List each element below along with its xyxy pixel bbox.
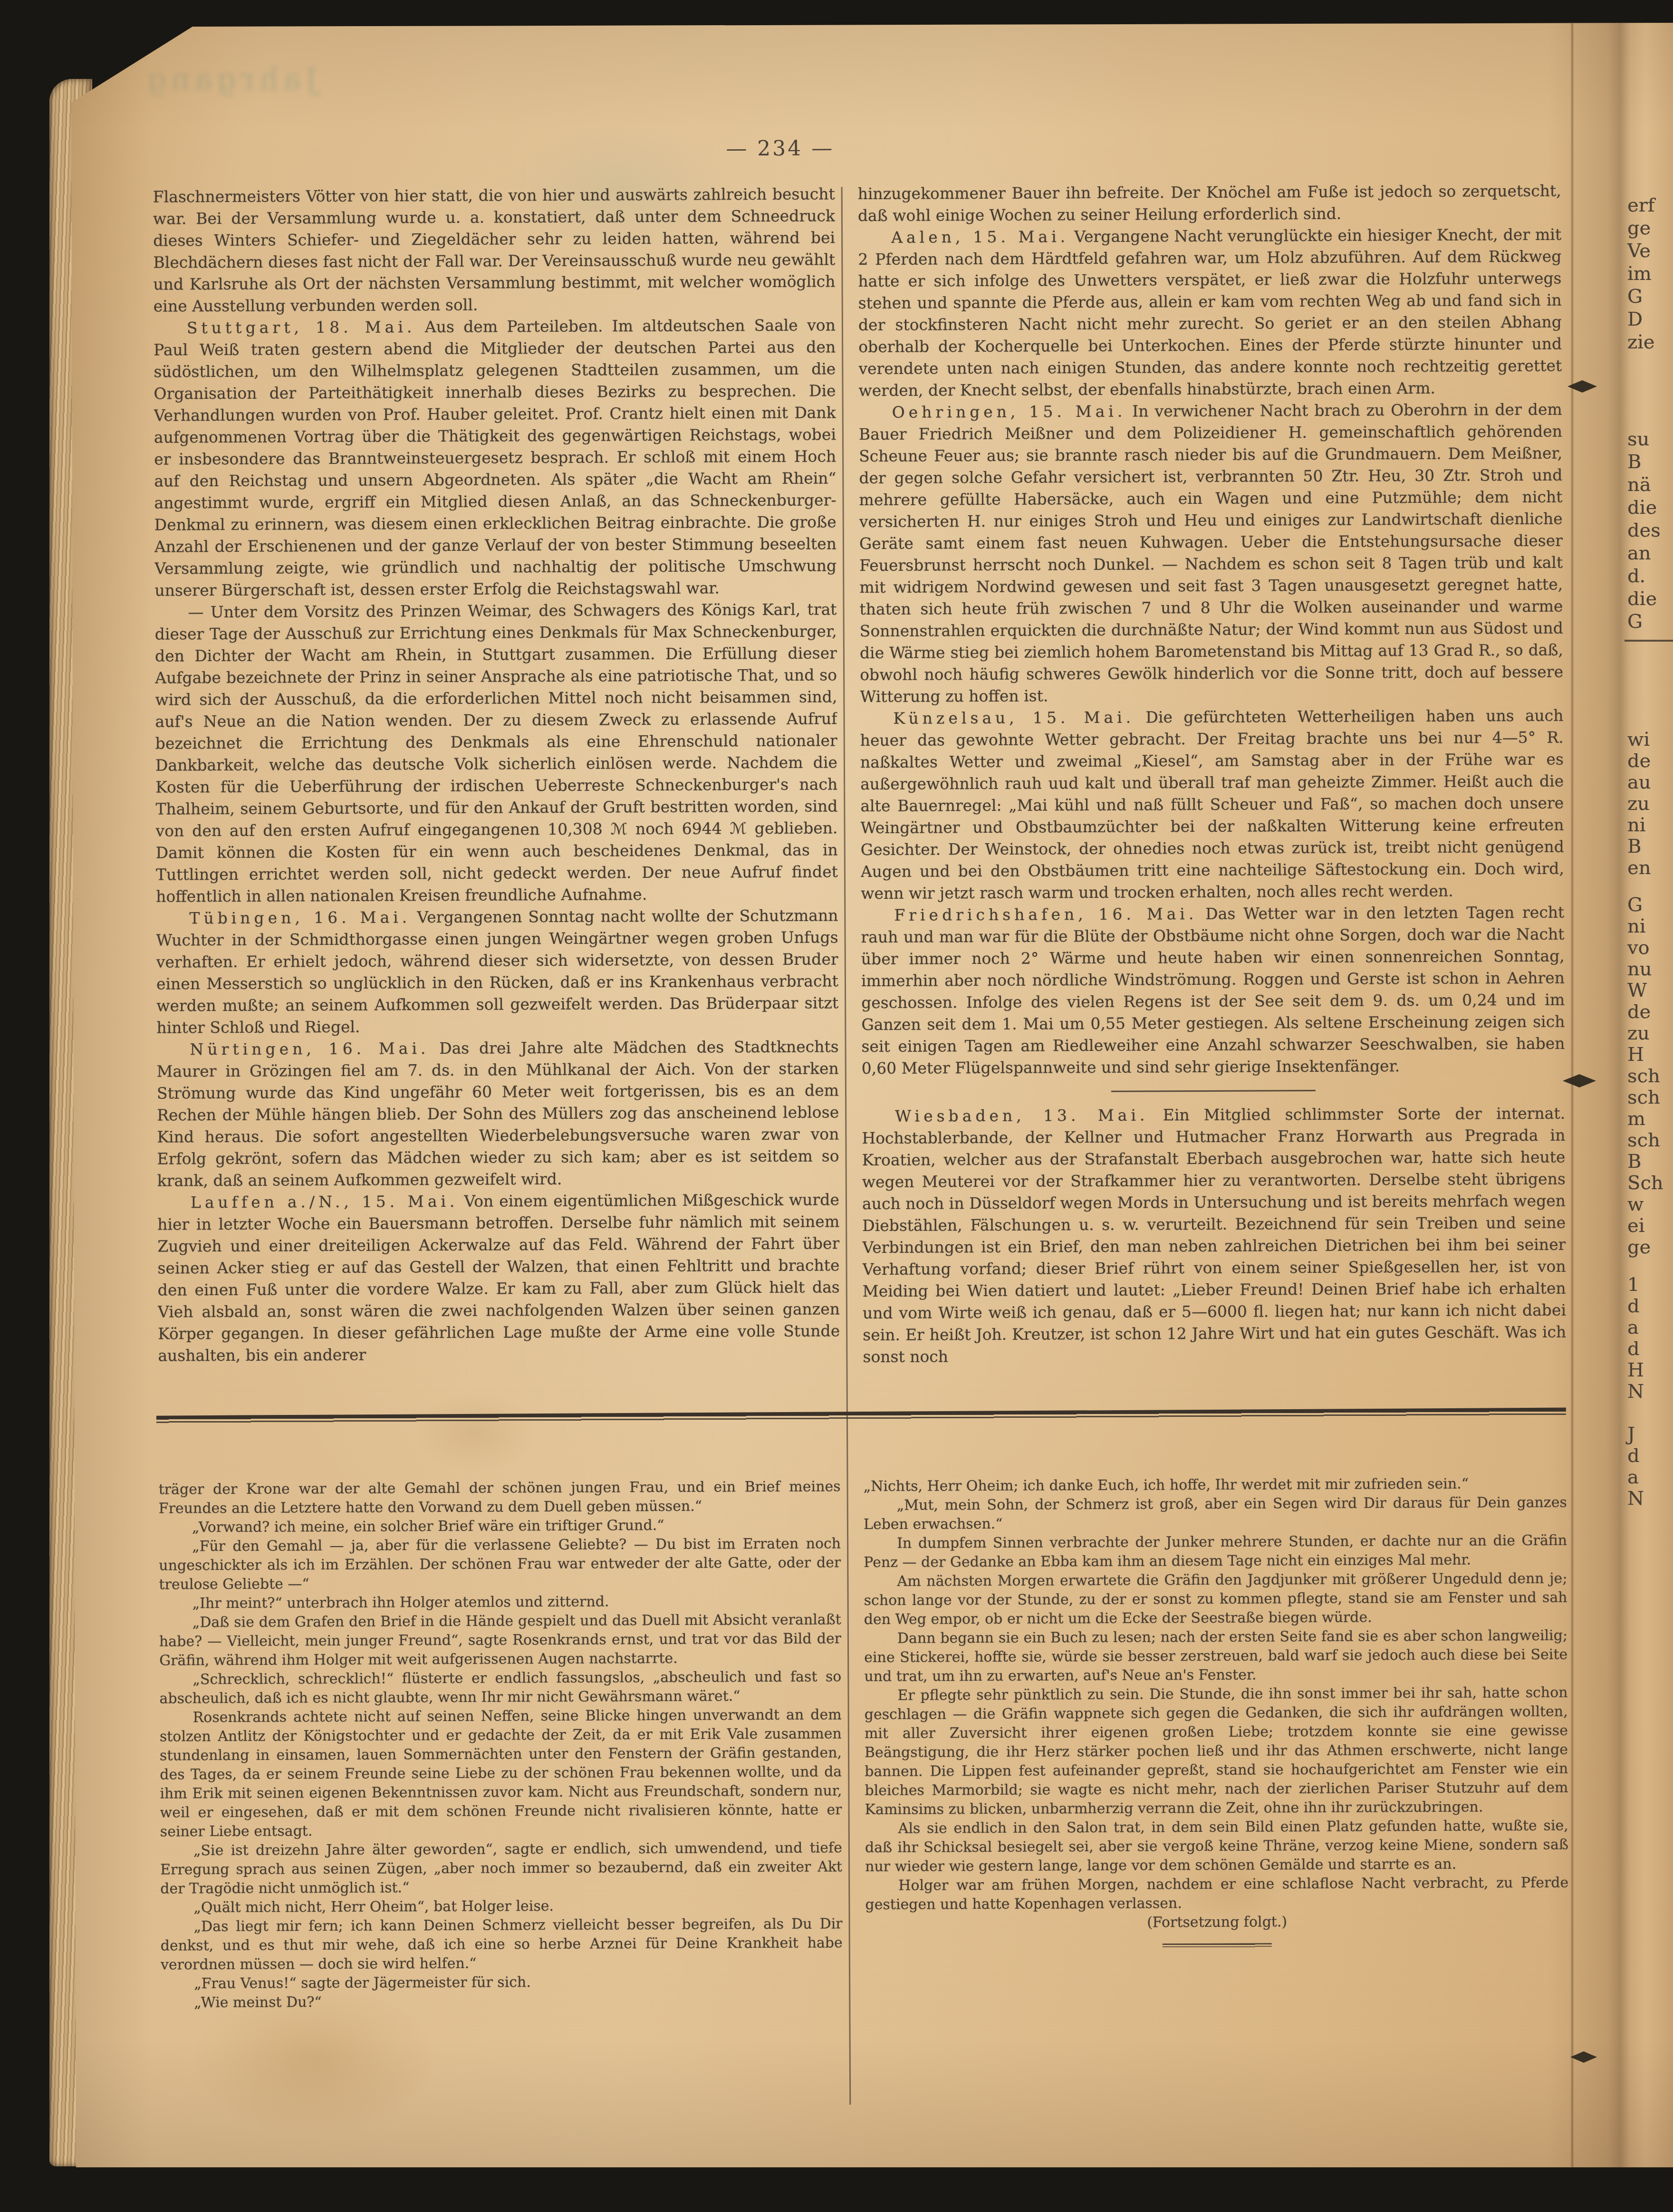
adjacent-page-text-fragments: 1dadHN (1627, 1274, 1644, 1403)
paragraph: „Ihr meint?“ unterbrach ihn Holger ateml… (159, 1591, 841, 1613)
dateline: Wiesbaden, 13. Mai. (895, 1106, 1148, 1125)
fragment-line: W (1627, 980, 1663, 1001)
fragment-line: d (1627, 1445, 1644, 1467)
fragment-line: G (1627, 610, 1661, 633)
fragment-line: sch (1627, 1087, 1663, 1108)
paragraph: Stuttgart, 18. Mai. Aus dem Parteileben.… (154, 314, 837, 601)
paragraph: Er pflegte sehr pünktlich zu sein. Die S… (864, 1683, 1568, 1819)
paragraph: Dann begann sie ein Buch zu lesen; nach … (864, 1626, 1568, 1686)
end-of-serial-rule (1163, 1943, 1272, 1948)
fragment-line: zie (1627, 331, 1655, 354)
paragraph: — Unter dem Vorsitz des Prinzen Weimar, … (154, 598, 838, 907)
adjacent-page-text-fragments: wideauzuniBen (1627, 729, 1651, 879)
paragraph: Aalen, 15. Mai. Vergangene Nacht verungl… (858, 224, 1562, 402)
fragment-line: H (1627, 1044, 1663, 1066)
fragment-line: G (1627, 894, 1663, 916)
fragment-line: zu (1627, 793, 1651, 815)
fragment-line: su (1627, 428, 1661, 451)
paragraph: „Frau Venus!“ sagte der Jägermeister für… (161, 1972, 843, 1993)
dateline: Künzelsau, 15. Mai. (893, 708, 1135, 728)
fragment-line: die (1627, 587, 1661, 610)
paragraph: Oehringen, 15. Mai. In verwichener Nacht… (859, 399, 1564, 708)
fragment-line: des (1627, 519, 1661, 542)
paragraph: Friedrichshafen, 16. Mai. Das Wetter war… (861, 902, 1565, 1079)
paragraph: Wiesbaden, 13. Mai. Ein Mitglied schlimm… (862, 1103, 1566, 1368)
dateline: Tübingen, 16. Mai. (189, 908, 411, 927)
fragment-line: vo (1627, 937, 1663, 959)
adjacent-page-text-fragments: erfgeVeimGDzie (1627, 194, 1655, 354)
fragment-line: w (1627, 1194, 1663, 1215)
fragment-line: a (1627, 1467, 1644, 1488)
fragment-line: erf (1627, 194, 1655, 217)
fragment-line: de (1627, 750, 1651, 772)
fragment-line: ni (1627, 815, 1651, 836)
page-number: — 234 — (680, 136, 880, 161)
newspaper-page: Jahrgang — 234 — Flaschnermeisters Vötte… (71, 23, 1673, 2167)
fragment-line: im (1627, 262, 1655, 285)
paragraph: „Nichts, Herr Oheim; ich danke Euch, ich… (864, 1474, 1567, 1496)
adjacent-page-strip: erfgeVeimGDziesuBnädiedesand.dieGwideauz… (1622, 23, 1673, 2167)
paragraph: „Schrecklich, schrecklich!“ flüsterte er… (159, 1667, 841, 1708)
paragraph: „Für den Gemahl — ja, aber für die verla… (159, 1534, 841, 1594)
fragment-line: wi (1627, 729, 1651, 750)
paragraph: Nürtingen, 16. Mai. Das drei Jahre alte … (156, 1036, 839, 1192)
dateline: Nürtingen, 16. Mai. (190, 1039, 429, 1058)
paragraph: „Wie meinst Du?“ (161, 1991, 843, 2012)
printed-text-layer: — 234 — Flaschnermeisters Vötter von hie… (67, 19, 1673, 2171)
feuilleton-column-right: „Nichts, Herr Oheim; ich danke Euch, ich… (864, 1474, 1570, 2083)
gutter-crease-line (1571, 23, 1573, 2167)
fragment-line: Ve (1627, 240, 1655, 262)
fragment-line: an (1627, 542, 1661, 565)
paragraph: Am nächsten Morgen erwartete die Gräfin … (864, 1569, 1567, 1629)
dateline: Aalen, 15. Mai. (891, 227, 1069, 247)
paragraph: hinzugekommener Bauer ihn befreite. Der … (858, 180, 1561, 227)
fragment-line: a (1627, 1317, 1644, 1338)
fragment-line: en (1627, 857, 1651, 879)
paragraph: „Daß sie dem Grafen den Brief in die Hän… (159, 1610, 842, 1670)
fragment-line: H (1627, 1360, 1644, 1381)
fragment-line: die (1627, 496, 1661, 519)
paragraph: Künzelsau, 15. Mai. Die gefürchteten Wet… (860, 705, 1564, 904)
fragment-line: sch (1627, 1130, 1663, 1151)
fragment-line: de (1627, 1001, 1663, 1023)
paragraph: „Quält mich nicht, Herr Oheim“, bat Holg… (160, 1895, 842, 1917)
dateline: Friedrichshafen, 16. Mai. (894, 904, 1197, 924)
fragment-line: N (1627, 1488, 1644, 1510)
fragment-line: N (1627, 1381, 1644, 1403)
fragment-line: ni (1627, 916, 1663, 937)
continuation-note: (Fortsetzung folgt.) (865, 1912, 1569, 1933)
paragraph: Holger war am frühen Morgen, nachdem er … (865, 1874, 1568, 1914)
paragraph: Tübingen, 16. Mai. Vergangenen Sonntag n… (156, 904, 838, 1039)
fragment-line: nä (1627, 473, 1661, 496)
fragment-line: d (1627, 1296, 1644, 1317)
fragment-line: m (1627, 1108, 1663, 1130)
section-separator-rule (1111, 1090, 1316, 1092)
fragment-line: 1 (1627, 1274, 1644, 1296)
paragraph: Als sie endlich in den Salon trat, in de… (865, 1817, 1569, 1876)
fragment-line: zu (1627, 1023, 1663, 1044)
paragraph: „Mut, mein Sohn, der Schmerz ist groß, a… (864, 1493, 1567, 1534)
adjacent-page-text-fragments: GnivonuWdezuHschschmschBSchweige (1627, 894, 1663, 1258)
paragraph: Lauffen a./N., 15. Mai. Von einem eigent… (157, 1189, 840, 1366)
paragraph: „Sie ist dreizehn Jahre älter geworden“,… (160, 1838, 843, 1898)
paragraph: „Vorwand? ich meine, ein solcher Brief w… (159, 1515, 841, 1537)
fragment-line: au (1627, 772, 1651, 793)
adjacent-page-rule-fragment (1625, 640, 1673, 642)
fragment-line: d (1627, 1338, 1644, 1360)
news-column-right: hinzugekommener Bauer ihn befreite. Der … (858, 180, 1567, 1416)
news-column-left: Flaschnermeisters Vötter von hier statt,… (153, 183, 840, 1419)
fragment-line: B (1627, 836, 1651, 857)
adjacent-page-text-fragments: suBnädiedesand.dieG (1627, 428, 1661, 633)
fragment-line: sch (1627, 1066, 1663, 1087)
fragment-line: d. (1627, 565, 1661, 587)
fragment-line: ge (1627, 1237, 1663, 1258)
column-divider-rule (841, 187, 851, 2105)
paragraph: Rosenkrands achtete nicht auf seinen Nef… (160, 1705, 842, 1841)
fragment-line: G (1627, 285, 1655, 308)
fragment-line: ei (1627, 1215, 1663, 1237)
fragment-line: ge (1627, 217, 1655, 240)
fragment-line: nu (1627, 959, 1663, 980)
fragment-line: B (1627, 1151, 1663, 1173)
fragment-line: J (1627, 1424, 1644, 1445)
paragraph: „Das liegt mir fern; ich kann Deinen Sch… (161, 1914, 843, 1974)
adjacent-page-text-fragments: JdaN (1627, 1424, 1644, 1510)
dateline: Oehringen, 15. Mai. (892, 402, 1126, 422)
scanned-book-spread: Jahrgang — 234 — Flaschnermeisters Vötte… (0, 0, 1673, 2212)
paragraph: In dumpfem Sinnen verbrachte der Junker … (864, 1531, 1567, 1572)
dateline: Lauffen a./N., 15. Mai. (191, 1192, 459, 1212)
fragment-line: Sch (1627, 1173, 1663, 1194)
paragraph: träger der Krone war der alte Gemahl der… (159, 1477, 841, 1518)
fragment-line: D (1627, 308, 1655, 331)
dateline: Stuttgart, 18. Mai. (187, 317, 416, 337)
feuilleton-column-left: träger der Krone war der alte Gemahl der… (159, 1477, 844, 2086)
fragment-line: B (1627, 451, 1661, 473)
paragraph: Flaschnermeisters Vötter von hier statt,… (153, 183, 836, 317)
